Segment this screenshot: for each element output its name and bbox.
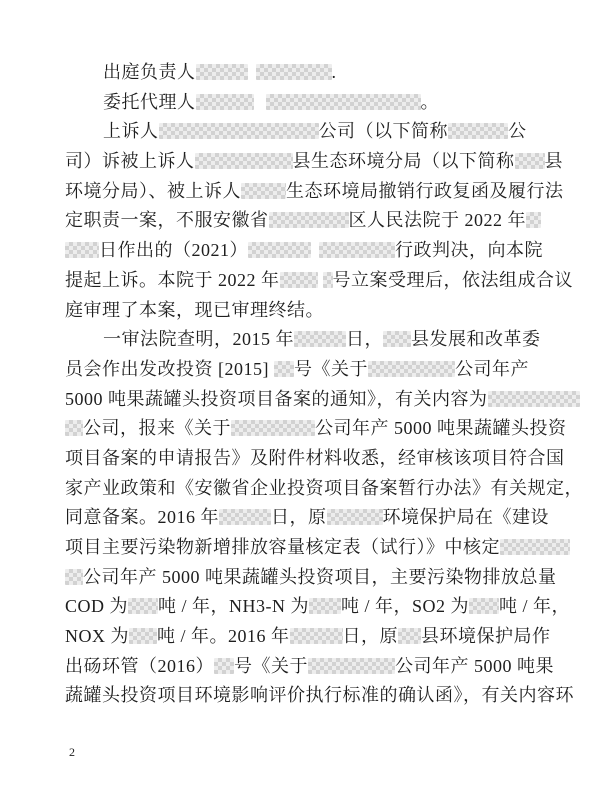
text-run: 家产业政策和《安徽省企业投资项目备案暂行办法》有关规定， xyxy=(65,478,583,498)
redaction-block xyxy=(448,123,508,139)
text-run: 吨 / 年。2016 年 xyxy=(157,626,290,646)
text-run: 出庭负责人 xyxy=(103,62,196,82)
text-run: 公司年产 5000 吨果蔬罐头投资 xyxy=(315,418,567,438)
document-line: 环境分局）、被上诉人生态环境局撤销行政复函及履行法 xyxy=(65,177,565,207)
document-line: NOX 为吨 / 年。2016 年日，原县环境保护局作 xyxy=(65,622,565,652)
text-run: 司）诉被上诉人 xyxy=(65,151,195,171)
redaction-block xyxy=(231,420,315,436)
redaction-block xyxy=(214,658,234,674)
redaction-block xyxy=(294,331,346,347)
text-run: 县环境保护局作 xyxy=(421,626,551,646)
text-run: 生态环境局撤销行政复函及履行法 xyxy=(286,181,564,201)
text-run: 5000 吨果蔬罐头投资项目备案的通知》，有关内容为 xyxy=(65,389,488,409)
redaction-block xyxy=(269,212,349,228)
text-run: 上诉人 xyxy=(103,121,159,141)
redaction-block xyxy=(65,569,83,585)
document-line: 同意备案。2016 年日，原环境保护局在《建设 xyxy=(65,503,565,533)
redaction-gap xyxy=(254,107,266,108)
text-run: 公司年产 5000 吨果蔬罐头投资项目，主要污染物排放总量 xyxy=(83,567,557,587)
text-run: 蔬罐头投资项目环境影响评价执行标准的确认函》，有关内容环 xyxy=(65,685,574,705)
text-run: 项目主要污染物新增排放容量核定表（试行）》中核定 xyxy=(65,537,500,557)
redaction-block xyxy=(65,420,83,436)
text-run: 庭审理了本案，现已审理终结。 xyxy=(65,300,324,320)
text-run: 日作出的（2021） xyxy=(99,240,248,260)
text-run: 区人民法院于 2022 年 xyxy=(349,210,527,230)
document-line: 蔬罐头投资项目环境影响评价执行标准的确认函》，有关内容环 xyxy=(65,681,565,711)
redaction-block xyxy=(488,391,580,407)
document-page: 出庭负责人.委托代理人。上诉人公司（以下简称公司）诉被上诉人县生态环境分局（以下… xyxy=(0,0,605,787)
text-run: 提起上诉。本院于 2022 年 xyxy=(65,270,280,290)
text-run: 县生态环境分局（以下简称 xyxy=(293,151,515,171)
redaction-block xyxy=(256,64,332,80)
redaction-block xyxy=(196,64,248,80)
redaction-block xyxy=(274,361,294,377)
document-line: 一审法院查明，2015 年日，县发展和改革委 xyxy=(65,325,565,355)
redaction-block xyxy=(319,242,395,258)
redaction-block xyxy=(500,539,570,555)
text-run: 公司（以下简称 xyxy=(319,121,449,141)
document-line: 提起上诉。本院于 2022 年号立案受理后，依法组成合议 xyxy=(65,266,565,296)
redaction-block xyxy=(383,331,411,347)
redaction-block xyxy=(323,272,333,288)
redaction-gap xyxy=(318,285,323,286)
text-run: 定职责一案，不服安徽省 xyxy=(65,210,269,230)
text-run: 员会作出发改投资 [2015] xyxy=(65,359,274,379)
document-line: 司）诉被上诉人县生态环境分局（以下简称县 xyxy=(65,147,565,177)
document-line: 委托代理人。 xyxy=(65,88,565,118)
document-line: 定职责一案，不服安徽省区人民法院于 2022 年 xyxy=(65,206,565,236)
redaction-block xyxy=(526,212,541,228)
redaction-block xyxy=(309,598,341,614)
redaction-block xyxy=(219,509,271,525)
text-run: 公 xyxy=(508,121,527,141)
document-line: 出庭负责人. xyxy=(65,58,565,88)
redaction-block xyxy=(327,509,383,525)
text-run: 号《关于 xyxy=(294,359,368,379)
document-line: COD 为吨 / 年，NH3-N 为吨 / 年，SO2 为吨 / 年， xyxy=(65,592,565,622)
redaction-block xyxy=(266,94,421,110)
text-run: 吨 / 年，SO2 为 xyxy=(341,596,469,616)
text-run: COD 为 xyxy=(65,596,128,616)
text-run: 行政判决，向本院 xyxy=(395,240,543,260)
text-run: 号《关于 xyxy=(234,656,308,676)
text-run: 环境保护局在《建设 xyxy=(383,507,550,527)
document-line: 上诉人公司（以下简称公 xyxy=(65,117,565,147)
text-run: 公司，报来《关于 xyxy=(83,418,231,438)
redaction-block xyxy=(469,598,499,614)
redaction-block xyxy=(128,598,158,614)
document-line: 项目主要污染物新增排放容量核定表（试行）》中核定 xyxy=(65,533,565,563)
text-run: 公司年产 5000 吨果 xyxy=(395,656,554,676)
redaction-block xyxy=(196,94,254,110)
text-run: 项目备案的申请报告》及附件材料收悉，经审核该项目符合国 xyxy=(65,448,565,468)
document-line: 家产业政策和《安徽省企业投资项目备案暂行办法》有关规定， xyxy=(65,474,565,504)
text-run: 。 xyxy=(421,92,440,112)
text-run: 日，原 xyxy=(271,507,327,527)
redaction-block xyxy=(65,242,99,258)
text-run: 号立案受理后，依法组成合议 xyxy=(333,270,574,290)
redaction-block xyxy=(280,272,318,288)
document-line: 5000 吨果蔬罐头投资项目备案的通知》，有关内容为 xyxy=(65,385,565,415)
text-run: 日，原 xyxy=(343,626,399,646)
document-line: 员会作出发改投资 [2015] 号《关于公司年产 xyxy=(65,355,565,385)
document-body: 出庭负责人.委托代理人。上诉人公司（以下简称公司）诉被上诉人县生态环境分局（以下… xyxy=(65,58,565,711)
redaction-block xyxy=(398,628,421,644)
text-run: 日， xyxy=(346,329,383,349)
text-run: 公司年产 xyxy=(455,359,529,379)
text-run: 出砀环管（2016） xyxy=(65,656,214,676)
redaction-block xyxy=(159,123,319,139)
text-run: . xyxy=(332,62,337,82)
text-run: 一审法院查明，2015 年 xyxy=(103,329,294,349)
redaction-block xyxy=(368,361,455,377)
redaction-block xyxy=(241,183,286,199)
text-run: 同意备案。2016 年 xyxy=(65,507,219,527)
text-run: 委托代理人 xyxy=(103,92,196,112)
document-line: 公司年产 5000 吨果蔬罐头投资项目，主要污染物排放总量 xyxy=(65,563,565,593)
document-line: 日作出的（2021）行政判决，向本院 xyxy=(65,236,565,266)
text-run: 吨 / 年，NH3-N 为 xyxy=(158,596,309,616)
text-run: 县发展和改革委 xyxy=(411,329,541,349)
redaction-block xyxy=(248,242,311,258)
redaction-block xyxy=(129,628,157,644)
document-line: 公司，报来《关于公司年产 5000 吨果蔬罐头投资 xyxy=(65,414,565,444)
text-run: NOX 为 xyxy=(65,626,129,646)
text-run: 县 xyxy=(545,151,564,171)
page-number: 2 xyxy=(69,745,75,760)
text-run: 吨 / 年， xyxy=(499,596,570,616)
redaction-block xyxy=(290,628,343,644)
document-line: 项目备案的申请报告》及附件材料收悉，经审核该项目符合国 xyxy=(65,444,565,474)
redaction-gap xyxy=(311,255,319,256)
redaction-block xyxy=(195,153,293,169)
redaction-block xyxy=(308,658,395,674)
text-run: 环境分局）、被上诉人 xyxy=(65,181,241,201)
redaction-gap xyxy=(248,77,256,78)
document-line: 庭审理了本案，现已审理终结。 xyxy=(65,296,565,326)
document-line: 出砀环管（2016）号《关于公司年产 5000 吨果 xyxy=(65,652,565,682)
redaction-block xyxy=(515,153,545,169)
